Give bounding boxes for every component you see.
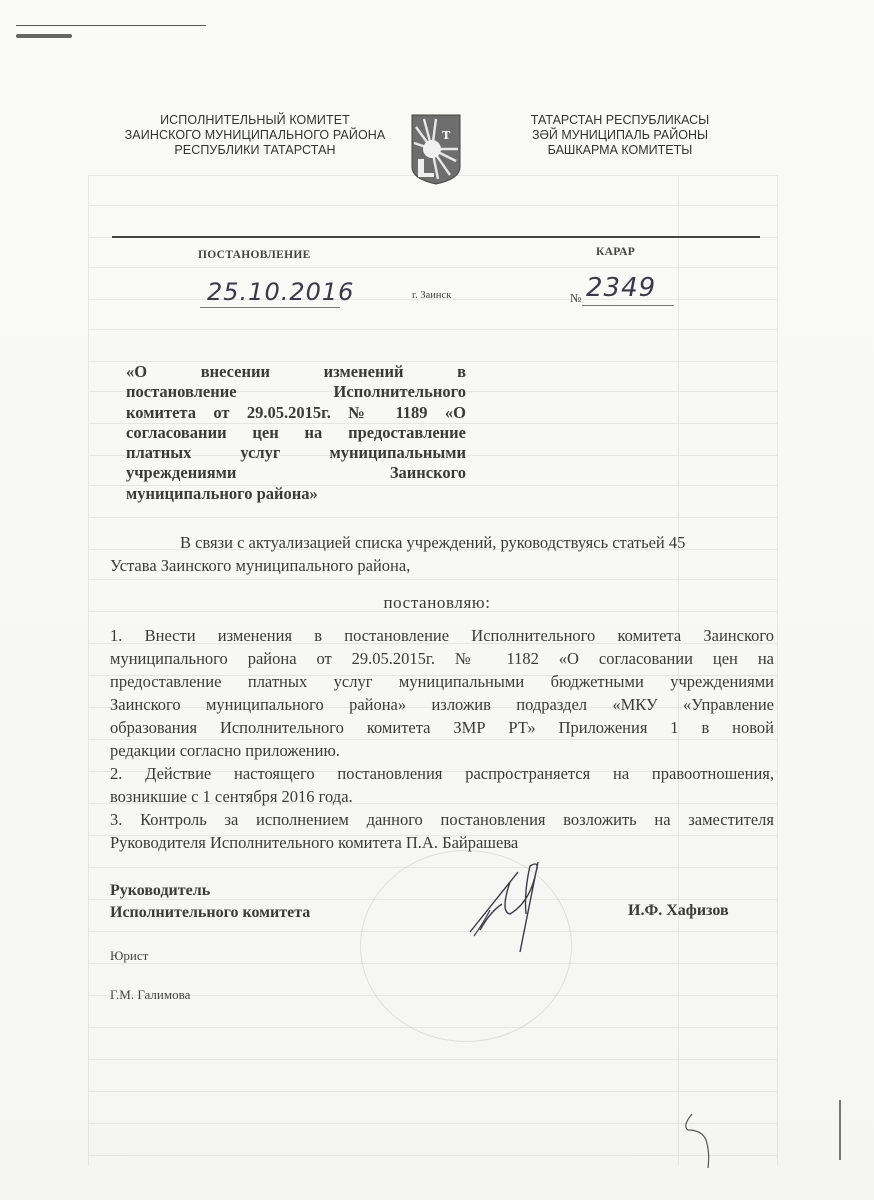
scan-edge-mark [839,1100,841,1160]
number-underline [582,305,674,306]
subject-line: учреждениями Заинского [126,463,466,483]
lawyer-name: Г.М. Галимова [110,987,190,1003]
scan-edge-mark [16,34,72,38]
item-line: предоставление платных услуг муниципальн… [110,670,774,693]
header-line: БАШКАРМА КОМИТЕТЫ [515,143,725,158]
item-line: 2. Действие настоящего постановления рас… [110,762,774,785]
header-line: ИСПОЛНИТЕЛЬНЫЙ КОМИТЕТ [120,113,390,128]
pen-mark [680,1112,740,1172]
signatory-role-line: Руководитель [110,880,310,902]
handwritten-date: 25.10.2016 [207,278,354,306]
header-line: ТАТАРСТАН РЕСПУБЛИКАСЫ [515,113,725,128]
header-issuer-tatar: ТАТАРСТАН РЕСПУБЛИКАСЫ ЗӘЙ МУНИЦИПАЛЬ РА… [515,113,725,158]
doc-type-tatar: КАРАР [596,246,635,258]
lawyer-title: Юрист [110,948,148,964]
city: г. Заинск [412,290,451,301]
preamble: В связи с актуализацией списка учреждени… [110,531,774,577]
header-divider [112,236,760,238]
subject-line: «О внесении изменений в [126,362,466,382]
item-line: 1. Внести изменения в постановление Испо… [110,624,774,647]
signatory-role-line: Исполнительного комитета [110,902,310,924]
item-line: возникшие с 1 сентября 2016 года. [110,785,774,808]
date-underline [200,307,340,308]
item-line: редакции согласно приложению. [110,739,774,762]
document-page: ИСПОЛНИТЕЛЬНЫЙ КОМИТЕТ ЗАИНСКОГО МУНИЦИП… [0,0,874,1200]
subject-line: муниципального района» [126,484,466,504]
decree-word: постановляю: [0,593,874,613]
preamble-line: Устава Заинского муниципального района, [110,556,410,575]
subject-line: платных услуг муниципальными [126,443,466,463]
number-sign: № [570,291,581,306]
header-line: ЗАИНСКОГО МУНИЦИПАЛЬНОГО РАЙОНА [120,128,390,143]
doc-type-russian: ПОСТАНОВЛЕНИЕ [198,249,311,261]
preamble-line: В связи с актуализацией списка учреждени… [110,531,774,554]
header-line: ЗӘЙ МУНИЦИПАЛЬ РАЙОНЫ [515,128,725,143]
subject-line: постановление Исполнительного [126,382,466,402]
header-line: РЕСПУБЛИКИ ТАТАРСТАН [120,143,390,158]
signatory-role: Руководитель Исполнительного комитета [110,880,310,924]
header-issuer-russian: ИСПОЛНИТЕЛЬНЫЙ КОМИТЕТ ЗАИНСКОГО МУНИЦИП… [120,113,390,158]
decree-item-3: 3. Контроль за исполнением данного поста… [110,808,774,854]
item-line: образования Исполнительного комитета ЗМР… [110,716,774,739]
item-line: муниципального района от 29.05.2015г. № … [110,647,774,670]
scan-edge-line [16,25,206,26]
item-line: 3. Контроль за исполнением данного поста… [110,808,774,831]
decree-item-1: 1. Внести изменения в постановление Испо… [110,624,774,762]
handwritten-number: 2349 [586,273,656,303]
subject-line: комитета от 29.05.2015г. № 1189 «О [126,403,466,423]
subject-line: согласовании цен на предоставление [126,423,466,443]
decree-items: 1. Внести изменения в постановление Испо… [110,624,774,854]
coat-of-arms-sun-icon: т [410,113,462,185]
item-line: Руководителя Исполнительного комитета П.… [110,831,774,854]
document-subject: «О внесении изменений в постановление Ис… [126,362,466,504]
handwritten-signature [440,852,590,962]
signatory-name: И.Ф. Хафизов [628,902,729,920]
item-line: Заинского муниципального района» изложив… [110,693,774,716]
svg-text:т: т [442,124,451,143]
decree-item-2: 2. Действие настоящего постановления рас… [110,762,774,808]
